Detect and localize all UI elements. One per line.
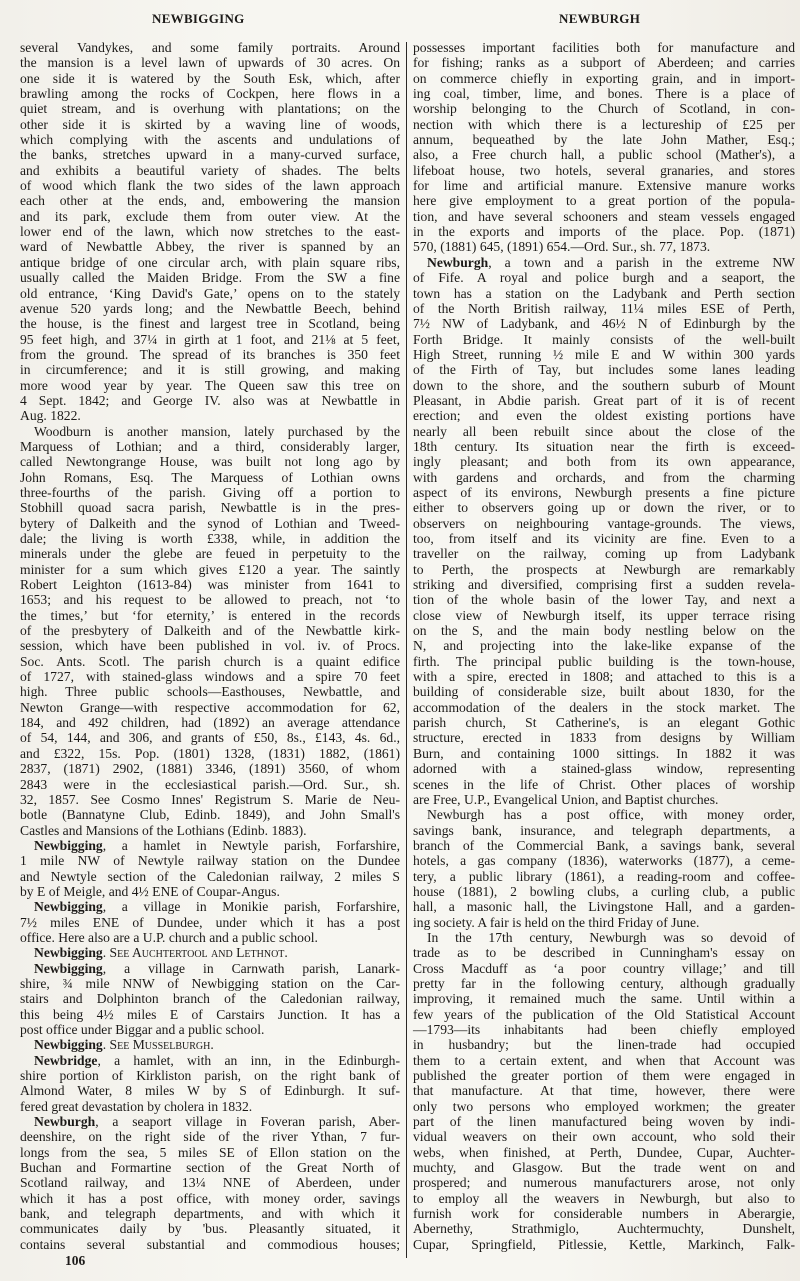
text-line: 18th century. Its situation near the fir… — [413, 439, 795, 454]
text-line: —1793—its inhabitants had been chiefly e… — [413, 1022, 795, 1037]
text-line: are Free, U.P., Evangelical Union, and B… — [413, 792, 795, 807]
text-line: possesses important facilities both for … — [413, 40, 795, 55]
text-line: N, and projecting into the lake-like exp… — [413, 638, 795, 653]
text-line: 1653; and his request to be allowed to p… — [20, 592, 400, 607]
text-line: Newburgh, a town and a parish in the ext… — [413, 255, 795, 270]
text-line: In the 17th century, Newburgh was so dev… — [413, 930, 795, 945]
entry-newbigging-newtyle: Newbigging, a hamlet in Newtyle parish, … — [20, 838, 400, 899]
column-divider — [406, 42, 407, 1258]
text-line: 2843 were in the ecclesiastical parish.—… — [20, 777, 400, 792]
text-line: for lime and artificial manure. Extensiv… — [413, 178, 795, 193]
text-line: Robert Leighton (1613-84) was minister f… — [20, 577, 400, 592]
headword: Newburgh — [427, 255, 488, 270]
text-line: Cupar, Springfield, Pitlessie, Kettle, M… — [413, 1237, 795, 1252]
text-line: Newton Grange—with respective accommodat… — [20, 700, 400, 715]
text-line: with a spire, erected in 1808; and attac… — [413, 669, 795, 684]
headword: Newbigging — [34, 961, 103, 976]
text-line: aspect of its environs, Newburgh present… — [413, 485, 795, 500]
entry-woodburn: Woodburn is another mansion, lately purc… — [20, 424, 400, 838]
text-line: Newbigging. See Auchtertool and Lethnot. — [20, 945, 400, 960]
text-line: the house, is the finest and largest tre… — [20, 316, 400, 331]
text-line: with gardens and orchards, and from the … — [413, 470, 795, 485]
text-line: Woodburn is another mansion, lately purc… — [20, 424, 400, 439]
text-line: furnish work for considerable numbers in… — [413, 1206, 795, 1221]
text-line: down to the shore, and the southern subu… — [413, 378, 795, 393]
text-line: Soc. Ants. Scotl. The parish church is a… — [20, 654, 400, 669]
text-line: tion of the whole basin of the lower Tay… — [413, 592, 795, 607]
text-line: of 1727, with stained-glass windows and … — [20, 669, 400, 684]
text-line: on the S, and the main body nestling bel… — [413, 623, 795, 638]
text-line: here give employment to a great portion … — [413, 193, 795, 208]
text-line: minerals under the glebe are feued in pe… — [20, 546, 400, 561]
text-line: three-fourths of the parish. Giving off … — [20, 485, 400, 500]
text-line: savings bank, insurance, and telegraph d… — [413, 823, 795, 838]
text-line: Pleasant, in Abdie parish. Great part of… — [413, 393, 795, 408]
line-text: , a village in Carnwath parish, Lanark- — [103, 961, 400, 976]
text-line: in the exports and imports of the place.… — [413, 224, 795, 239]
text-line: ingly pleasant; and both from its own ap… — [413, 454, 795, 469]
text-line: ing coal, timber, lime, and bones. There… — [413, 86, 795, 101]
text-line: John Romans, Esq. The Marquess of Lothia… — [20, 470, 400, 485]
text-line: annum, bequeathed by the late John Mathe… — [413, 132, 795, 147]
line-text: , a hamlet, with an inn, in the Edinburg… — [97, 1053, 400, 1068]
text-line: few years of the publication of the Old … — [413, 1007, 795, 1022]
text-line: firth. The principal public building is … — [413, 654, 795, 669]
text-line: more wood year by year. The Queen saw th… — [20, 378, 400, 393]
text-line: and exhibits a beautiful variety of shad… — [20, 163, 400, 178]
text-line: vidual weavers on their own account, who… — [413, 1129, 795, 1144]
running-head-right: NEWBURGH — [559, 11, 640, 27]
text-line: other side it is skirted by a waving lin… — [20, 117, 400, 132]
entry-newburgh-aberdeenshire: Newburgh, a seaport village in Foveran p… — [20, 1114, 400, 1252]
text-line: town has a station on the Ladybank and P… — [413, 286, 795, 301]
text-line: 95 feet high, and 37¼ in girth at 1 foot… — [20, 332, 400, 347]
text-line: of the Firth of Tay, but includes some l… — [413, 362, 795, 377]
text-line: muchty, and Glasgow. But the trade went … — [413, 1160, 795, 1175]
text-line: several Vandykes, and some family portra… — [20, 40, 400, 55]
text-line: 570, (1881) 645, (1891) 654.—Ord. Sur., … — [413, 239, 795, 254]
text-line: webs, when finished, at Perth, Dundee, C… — [413, 1145, 795, 1160]
text-line: erection; and even the oldest existing p… — [413, 408, 795, 423]
text-line: Scotland railway, and 13¼ NNE of Aberdee… — [20, 1175, 400, 1190]
text-line: bank, and telegraph departments, and wit… — [20, 1206, 400, 1221]
text-line: Newburgh, a seaport village in Foveran p… — [20, 1114, 400, 1129]
text-line: Almond Water, 8 miles W by S of Edinburg… — [20, 1083, 400, 1098]
text-line: Newbigging. See Musselburgh. — [20, 1037, 400, 1052]
text-line: office. Here also are a U.P. church and … — [20, 930, 400, 945]
text-line: lower end of the lawn, which now stretch… — [20, 224, 400, 239]
text-line: Buchan and Formartine section of the Gre… — [20, 1160, 400, 1175]
text-line: quiet stream, and is overhung with plant… — [20, 101, 400, 116]
cross-reference: . See Auchtertool and Lethnot. — [103, 945, 288, 960]
text-line: accommodation of the dealers in the stoc… — [413, 700, 795, 715]
headword: Newburgh — [34, 1114, 95, 1129]
text-line: Abernethy, Strathmiglo, Auchtermuchty, D… — [413, 1221, 795, 1236]
text-line: part of the linen manufactured being wov… — [413, 1114, 795, 1129]
text-line: brawling among the rocks of Cockpen, her… — [20, 86, 400, 101]
text-line: nearly all been rebuilt since about the … — [413, 424, 795, 439]
text-line: in husbandry; but the linen-trade had oc… — [413, 1037, 795, 1052]
text-line: Cross Macduff as ‘a poor country village… — [413, 961, 795, 976]
line-text: , a seaport village in Foveran parish, A… — [95, 1114, 400, 1129]
text-line: tion, and have several schooners and ste… — [413, 209, 795, 224]
text-line: bytery of Dalkeith and the synod of Loth… — [20, 516, 400, 531]
entry-newbigging-monikie: Newbigging, a village in Monikie parish,… — [20, 899, 400, 945]
text-line: tery, a public library (1861), a reading… — [413, 869, 795, 884]
text-line: which it has a post office, with money o… — [20, 1191, 400, 1206]
text-line: also, a Free church hall, a public schoo… — [413, 147, 795, 162]
text-line: called Newtongrange House, was built not… — [20, 454, 400, 469]
entry-newbigging-see-musselburgh: Newbigging. See Musselburgh. — [20, 1037, 400, 1052]
text-line: close view of Newburgh itself, its upper… — [413, 608, 795, 623]
right-column: possesses important facilities both for … — [413, 40, 795, 1252]
left-column: several Vandykes, and some family portra… — [20, 40, 400, 1252]
text-line: Stobhill quoad sacra parish, Newbattle i… — [20, 500, 400, 515]
text-line: 7½ NW of Ladybank, and 46½ N of Edinburg… — [413, 316, 795, 331]
text-line: and its park, exclude them from outer vi… — [20, 209, 400, 224]
text-line: 1 mile NW of Newtyle railway station on … — [20, 853, 400, 868]
headword: Newbridge — [34, 1053, 97, 1068]
text-line: antique bridge of one circular arch, wit… — [20, 255, 400, 270]
text-line: observers on neighbouring vantage-ground… — [413, 516, 795, 531]
text-line: adorned with a stained-glass window, rep… — [413, 761, 795, 776]
text-line: in circumference; and it is still growin… — [20, 362, 400, 377]
text-line: Castles and Mansions of the Lothians (Ed… — [20, 823, 400, 838]
text-line: 32, 1857. See Cosmo Innes' Registrum S. … — [20, 792, 400, 807]
text-line: the banks, stretches upward in a many-cu… — [20, 147, 400, 162]
text-line: ing society. A fair is held on the third… — [413, 915, 795, 930]
text-line: which complying with the ascents and und… — [20, 132, 400, 147]
text-line: longs from the sea, 5 miles SE of Ellon … — [20, 1145, 400, 1160]
entry-newburgh-institutions: Newburgh has a post office, with money o… — [413, 807, 795, 930]
text-line: minister for a sum which gives £120 a ye… — [20, 562, 400, 577]
text-line: Newbigging, a village in Monikie parish,… — [20, 899, 400, 914]
entry-newbridge: Newbridge, a hamlet, with an inn, in the… — [20, 1053, 400, 1114]
entry-newburgh-history: In the 17th century, Newburgh was so dev… — [413, 930, 795, 1252]
entry-newbigging-see-auchtertool: Newbigging. See Auchtertool and Lethnot. — [20, 945, 400, 960]
text-line: communicates daily by 'bus. Pleasantly s… — [20, 1221, 400, 1236]
text-line: pretty far in the following century, alt… — [413, 976, 795, 991]
text-line: this being 4½ miles E of Carstairs Junct… — [20, 1007, 400, 1022]
text-line: for fishing; ranks as a subport of Aberd… — [413, 55, 795, 70]
text-line: too, from itself and its vicinity are fi… — [413, 531, 795, 546]
text-line: parish church, St Catherine's, is an ele… — [413, 715, 795, 730]
line-text: , a village in Monikie parish, Forfarshi… — [103, 899, 400, 914]
text-line: High Street, running ½ mile E and W with… — [413, 347, 795, 362]
text-line: improving, it remained much the same. Un… — [413, 991, 795, 1006]
text-line: Burn, and containing 1000 sittings. In 1… — [413, 746, 795, 761]
text-line: Marquess of Lothian; and a third, consid… — [20, 439, 400, 454]
text-line: on commerce chiefly in exporting grain, … — [413, 71, 795, 86]
text-line: of wood which flank the two sides of the… — [20, 178, 400, 193]
entry-newbattle-continued: several Vandykes, and some family portra… — [20, 40, 400, 424]
text-line: structure, erected in 1833 from designs … — [413, 730, 795, 745]
text-line: of Fife. A royal and police burgh and a … — [413, 270, 795, 285]
text-line: high. Three public schools—Easthouses, N… — [20, 684, 400, 699]
text-line: one side it is watered by the South Esk,… — [20, 71, 400, 86]
running-head-left: NEWBIGGING — [152, 11, 245, 27]
text-line: and £322, 15s. Pop. (1801) 1328, (1831) … — [20, 746, 400, 761]
text-line: 7½ miles ENE of Dundee, under which it h… — [20, 915, 400, 930]
text-line: shire, ¾ mile NNW of Newbigging station … — [20, 976, 400, 991]
text-line: either to observers going up or down the… — [413, 500, 795, 515]
line-text: , a hamlet in Newtyle parish, Forfarshir… — [103, 838, 400, 853]
text-line: Newbigging, a hamlet in Newtyle parish, … — [20, 838, 400, 853]
text-line: 184, and 492 children, had (1892) an ave… — [20, 715, 400, 730]
text-line: usually called the Maiden Bridge. From t… — [20, 270, 400, 285]
text-line: Aug. 1822. — [20, 408, 400, 423]
text-line: branch of the Commercial Bank, a savings… — [413, 838, 795, 853]
text-line: lifeboat house, two hotels, several gran… — [413, 163, 795, 178]
text-line: traveller on the railway, coming up from… — [413, 546, 795, 561]
text-line: them to a certain extent, and when that … — [413, 1053, 795, 1068]
text-line: of 54, 144, and 306, and grants of £50, … — [20, 730, 400, 745]
headword: Newbigging — [34, 945, 103, 960]
gazetteer-page: NEWBIGGING NEWBURGH several Vandykes, an… — [0, 0, 800, 1281]
text-line: striking and diversified, comprising fir… — [413, 577, 795, 592]
text-line: Newburgh has a post office, with money o… — [413, 807, 795, 822]
headword: Newbigging — [34, 899, 103, 914]
text-line: Newbigging, a village in Carnwath parish… — [20, 961, 400, 976]
cross-reference: . See Musselburgh. — [103, 1037, 214, 1052]
entry-newburgh-aberdeenshire-continued: possesses important facilities both for … — [413, 40, 795, 255]
text-line: of the presbytery of Dalkeith and of the… — [20, 623, 400, 638]
text-line: hotels, a gas company (1836), waterworks… — [413, 853, 795, 868]
text-line: published the greater portion of them we… — [413, 1068, 795, 1083]
text-line: fered great devastation by cholera in 18… — [20, 1099, 400, 1114]
text-line: worship belonging to the Church of Scotl… — [413, 101, 795, 116]
text-line: session, which have been published in vo… — [20, 638, 400, 653]
text-line: stairs and Dolphinton branch of the Cale… — [20, 991, 400, 1006]
text-line: ward of Newbattle Abbey, the river is sp… — [20, 239, 400, 254]
text-line: only two persons who employed workmen; t… — [413, 1099, 795, 1114]
text-line: from the ground. The spread of its branc… — [20, 347, 400, 362]
text-line: trade as to be described in Cunningham's… — [413, 945, 795, 960]
entry-newbigging-carnwath: Newbigging, a village in Carnwath parish… — [20, 961, 400, 1038]
text-line: the mansion is a level lawn of upwards o… — [20, 55, 400, 70]
text-line: 4 Sept. 1842; and George IV. also was at… — [20, 393, 400, 408]
entry-newburgh-fife: Newburgh, a town and a parish in the ext… — [413, 255, 795, 807]
text-line: deenshire, on the right side of the rive… — [20, 1129, 400, 1144]
text-line: nection with which there is a lectureshi… — [413, 117, 795, 132]
text-line: the times,’ but ‘for eternity,’ is enter… — [20, 608, 400, 623]
text-line: each other at the ends, and, embowering … — [20, 193, 400, 208]
headword: Newbigging — [34, 838, 103, 853]
text-line: old entrance, ‘King David's Gate,’ opens… — [20, 286, 400, 301]
text-line: contains several substantial and commodi… — [20, 1237, 400, 1252]
headword: Newbigging — [34, 1037, 103, 1052]
text-line: to employ all the weavers in Newburgh, b… — [413, 1191, 795, 1206]
text-line: and Newtyle section of the Caledonian ra… — [20, 869, 400, 884]
text-line: of the North British railway, 11¼ miles … — [413, 301, 795, 316]
text-line: avenue 520 yards long; and the Newbattle… — [20, 301, 400, 316]
text-line: scenes in the life of Christ. Other plac… — [413, 777, 795, 792]
page-number: 106 — [65, 1253, 85, 1269]
text-line: Newbridge, a hamlet, with an inn, in the… — [20, 1053, 400, 1068]
text-line: Forth Bridge. It mainly consists of the … — [413, 332, 795, 347]
text-line: dale; the living is worth £338, while, i… — [20, 531, 400, 546]
text-line: 2837, (1871) 2902, (1881) 3346, (1891) 3… — [20, 761, 400, 776]
text-line: by E of Meigle, and 4½ ENE of Coupar-Ang… — [20, 884, 400, 899]
text-line: building of considerable size, built abo… — [413, 684, 795, 699]
text-line: botle (Bannatyne Club, Edinb. 1849), and… — [20, 807, 400, 822]
text-line: post office under Biggar and a public sc… — [20, 1022, 400, 1037]
text-line: prospered; and numerous manufacturers ar… — [413, 1175, 795, 1190]
text-line: shire portion of Kirkliston parish, on t… — [20, 1068, 400, 1083]
line-text: , a town and a parish in the extreme NW — [488, 255, 795, 270]
text-line: house (1881), 2 bowling clubs, a curling… — [413, 884, 795, 899]
text-line: that manufacture. At that time, however,… — [413, 1083, 795, 1098]
text-line: to Perth, the prospects at Newburgh are … — [413, 562, 795, 577]
text-line: hall, a masonic hall, the Livingstone Ha… — [413, 899, 795, 914]
